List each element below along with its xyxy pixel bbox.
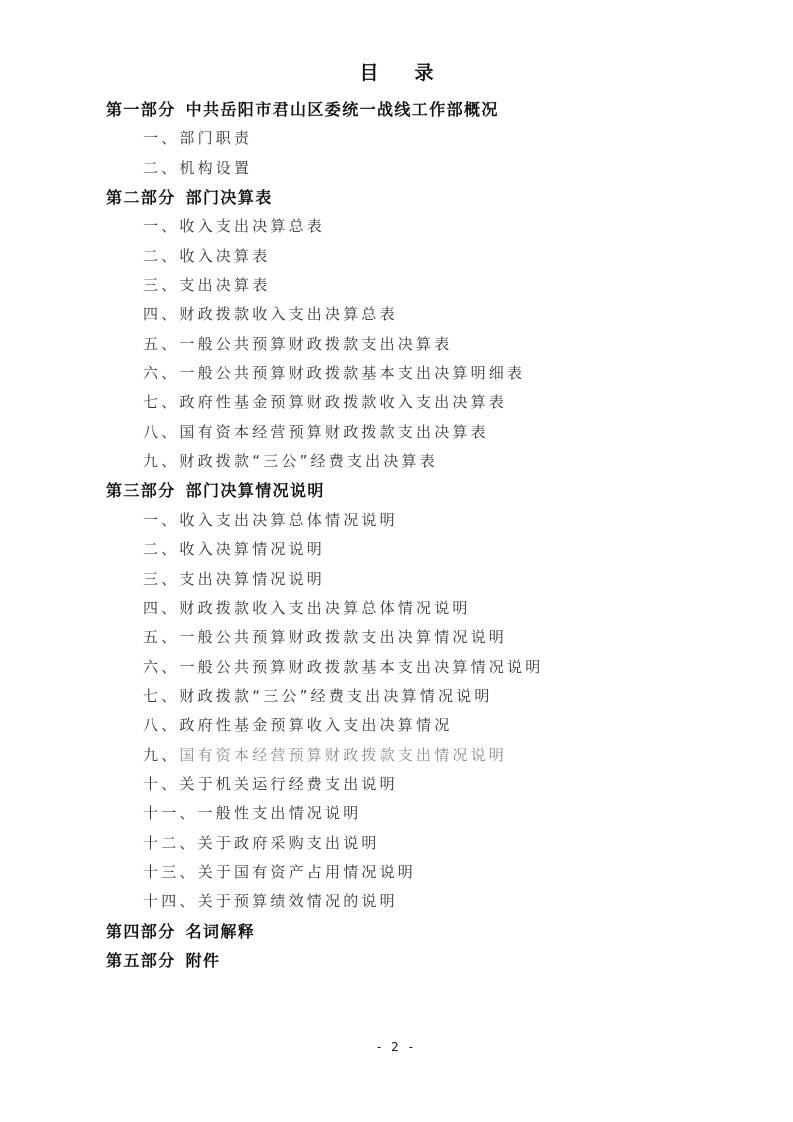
- item-text: 收入支出决算总体情况说明: [179, 511, 397, 529]
- item-number: 五、: [143, 335, 179, 353]
- item-number: 十一、: [143, 804, 198, 822]
- item-text: 财政拨款“三公”经费支出决算表: [179, 452, 438, 470]
- item-text: 关于预算绩效情况的说明: [198, 892, 398, 910]
- item-text: 收入决算情况说明: [179, 540, 325, 558]
- toc-item[interactable]: 二、机构设置: [106, 154, 706, 183]
- part-title: 附件: [186, 951, 221, 970]
- toc-part-4[interactable]: 第四部分名词解释: [106, 917, 706, 946]
- part-number: 第一部分: [106, 100, 176, 119]
- toc-part-5[interactable]: 第五部分附件: [106, 946, 706, 975]
- toc-item[interactable]: 十二、关于政府采购支出说明: [106, 829, 706, 858]
- item-number: 十二、: [143, 834, 198, 852]
- item-number: 一、: [143, 217, 179, 235]
- item-number: 六、: [143, 364, 179, 382]
- item-text: 一般公共预算财政拨款支出决算表: [179, 335, 452, 353]
- toc-item[interactable]: 六、一般公共预算财政拨款基本支出决算明细表: [106, 359, 706, 388]
- document-page: 目录 第一部分中共岳阳市君山区委统一战线工作部概况 一、部门职责 二、机构设置 …: [0, 0, 793, 1122]
- item-number: 五、: [143, 628, 179, 646]
- item-number: 十三、: [143, 863, 198, 881]
- toc-title-char-2: 录: [415, 58, 434, 85]
- item-number: 六、: [143, 658, 179, 676]
- item-text: 国有资本经营预算财政拨款支出情况说明: [179, 746, 507, 764]
- item-number: 十、: [143, 775, 179, 793]
- toc-item[interactable]: 八、国有资本经营预算财政拨款支出决算表: [106, 418, 706, 447]
- part-title: 部门决算情况说明: [186, 481, 325, 500]
- toc-item[interactable]: 七、财政拨款“三公”经费支出决算情况说明: [106, 682, 706, 711]
- item-number: 九、: [143, 746, 179, 764]
- toc-item[interactable]: 五、一般公共预算财政拨款支出决算情况说明: [106, 623, 706, 652]
- item-number: 九、: [143, 452, 179, 470]
- part-title: 中共岳阳市君山区委统一战线工作部概况: [186, 100, 499, 119]
- item-number: 一、: [143, 511, 179, 529]
- toc-item[interactable]: 十、关于机关运行经费支出说明: [106, 770, 706, 799]
- toc-item[interactable]: 四、财政拨款收入支出决算总体情况说明: [106, 594, 706, 623]
- item-number: 二、: [143, 159, 179, 177]
- item-text: 收入支出决算总表: [179, 217, 325, 235]
- toc-item[interactable]: 十一、一般性支出情况说明: [106, 799, 706, 828]
- toc-item[interactable]: 三、支出决算情况说明: [106, 565, 706, 594]
- item-text: 支出决算表: [179, 276, 270, 294]
- toc-item[interactable]: 一、收入支出决算总表: [106, 212, 706, 241]
- item-text: 机构设置: [179, 159, 252, 177]
- part-number: 第二部分: [106, 188, 176, 207]
- item-number: 四、: [143, 305, 179, 323]
- toc-item[interactable]: 二、收入决算情况说明: [106, 535, 706, 564]
- item-text: 支出决算情况说明: [179, 570, 325, 588]
- toc-item[interactable]: 二、收入决算表: [106, 242, 706, 271]
- part-title: 名词解释: [186, 922, 256, 941]
- toc-title: 目录: [0, 58, 793, 85]
- part-number: 第四部分: [106, 922, 176, 941]
- item-number: 十四、: [143, 892, 198, 910]
- item-text: 国有资本经营预算财政拨款支出决算表: [179, 423, 488, 441]
- item-number: 四、: [143, 599, 179, 617]
- item-number: 三、: [143, 570, 179, 588]
- part-number: 第五部分: [106, 951, 176, 970]
- item-number: 一、: [143, 129, 179, 147]
- item-text: 收入决算表: [179, 247, 270, 265]
- item-text: 关于国有资产占用情况说明: [198, 863, 416, 881]
- toc-item[interactable]: 六、一般公共预算财政拨款基本支出决算情况说明: [106, 653, 706, 682]
- item-text: 财政拨款收入支出决算总体情况说明: [179, 599, 470, 617]
- item-text: 一般公共预算财政拨款基本支出决算情况说明: [179, 658, 543, 676]
- part-title: 部门决算表: [186, 188, 273, 207]
- table-of-contents: 第一部分中共岳阳市君山区委统一战线工作部概况 一、部门职责 二、机构设置 第二部…: [106, 95, 706, 975]
- toc-item-faded[interactable]: 九、国有资本经营预算财政拨款支出情况说明: [106, 741, 706, 770]
- toc-item[interactable]: 七、政府性基金预算财政拨款收入支出决算表: [106, 388, 706, 417]
- item-number: 八、: [143, 423, 179, 441]
- item-text: 政府性基金预算收入支出决算情况: [179, 716, 452, 734]
- toc-title-char-1: 目: [359, 58, 378, 85]
- toc-part-1[interactable]: 第一部分中共岳阳市君山区委统一战线工作部概况: [106, 95, 706, 124]
- item-text: 财政拨款“三公”经费支出决算情况说明: [179, 687, 492, 705]
- item-text: 一般公共预算财政拨款支出决算情况说明: [179, 628, 507, 646]
- toc-item[interactable]: 八、政府性基金预算收入支出决算情况: [106, 711, 706, 740]
- item-number: 七、: [143, 687, 179, 705]
- item-text: 部门职责: [179, 129, 252, 147]
- toc-item[interactable]: 十四、关于预算绩效情况的说明: [106, 887, 706, 916]
- item-number: 二、: [143, 247, 179, 265]
- toc-item[interactable]: 四、财政拨款收入支出决算总表: [106, 300, 706, 329]
- page-number: - 2 -: [0, 1040, 793, 1054]
- item-number: 七、: [143, 393, 179, 411]
- toc-part-3[interactable]: 第三部分部门决算情况说明: [106, 476, 706, 505]
- toc-item[interactable]: 一、收入支出决算总体情况说明: [106, 506, 706, 535]
- item-number: 三、: [143, 276, 179, 294]
- item-text: 政府性基金预算财政拨款收入支出决算表: [179, 393, 507, 411]
- toc-item[interactable]: 五、一般公共预算财政拨款支出决算表: [106, 330, 706, 359]
- toc-item[interactable]: 九、财政拨款“三公”经费支出决算表: [106, 447, 706, 476]
- item-number: 二、: [143, 540, 179, 558]
- toc-item[interactable]: 一、部门职责: [106, 124, 706, 153]
- item-text: 一般公共预算财政拨款基本支出决算明细表: [179, 364, 525, 382]
- toc-item[interactable]: 十三、关于国有资产占用情况说明: [106, 858, 706, 887]
- item-text: 关于政府采购支出说明: [198, 834, 380, 852]
- item-number: 八、: [143, 716, 179, 734]
- part-number: 第三部分: [106, 481, 176, 500]
- item-text: 一般性支出情况说明: [198, 804, 362, 822]
- toc-part-2[interactable]: 第二部分部门决算表: [106, 183, 706, 212]
- item-text: 关于机关运行经费支出说明: [179, 775, 397, 793]
- toc-item[interactable]: 三、支出决算表: [106, 271, 706, 300]
- item-text: 财政拨款收入支出决算总表: [179, 305, 397, 323]
